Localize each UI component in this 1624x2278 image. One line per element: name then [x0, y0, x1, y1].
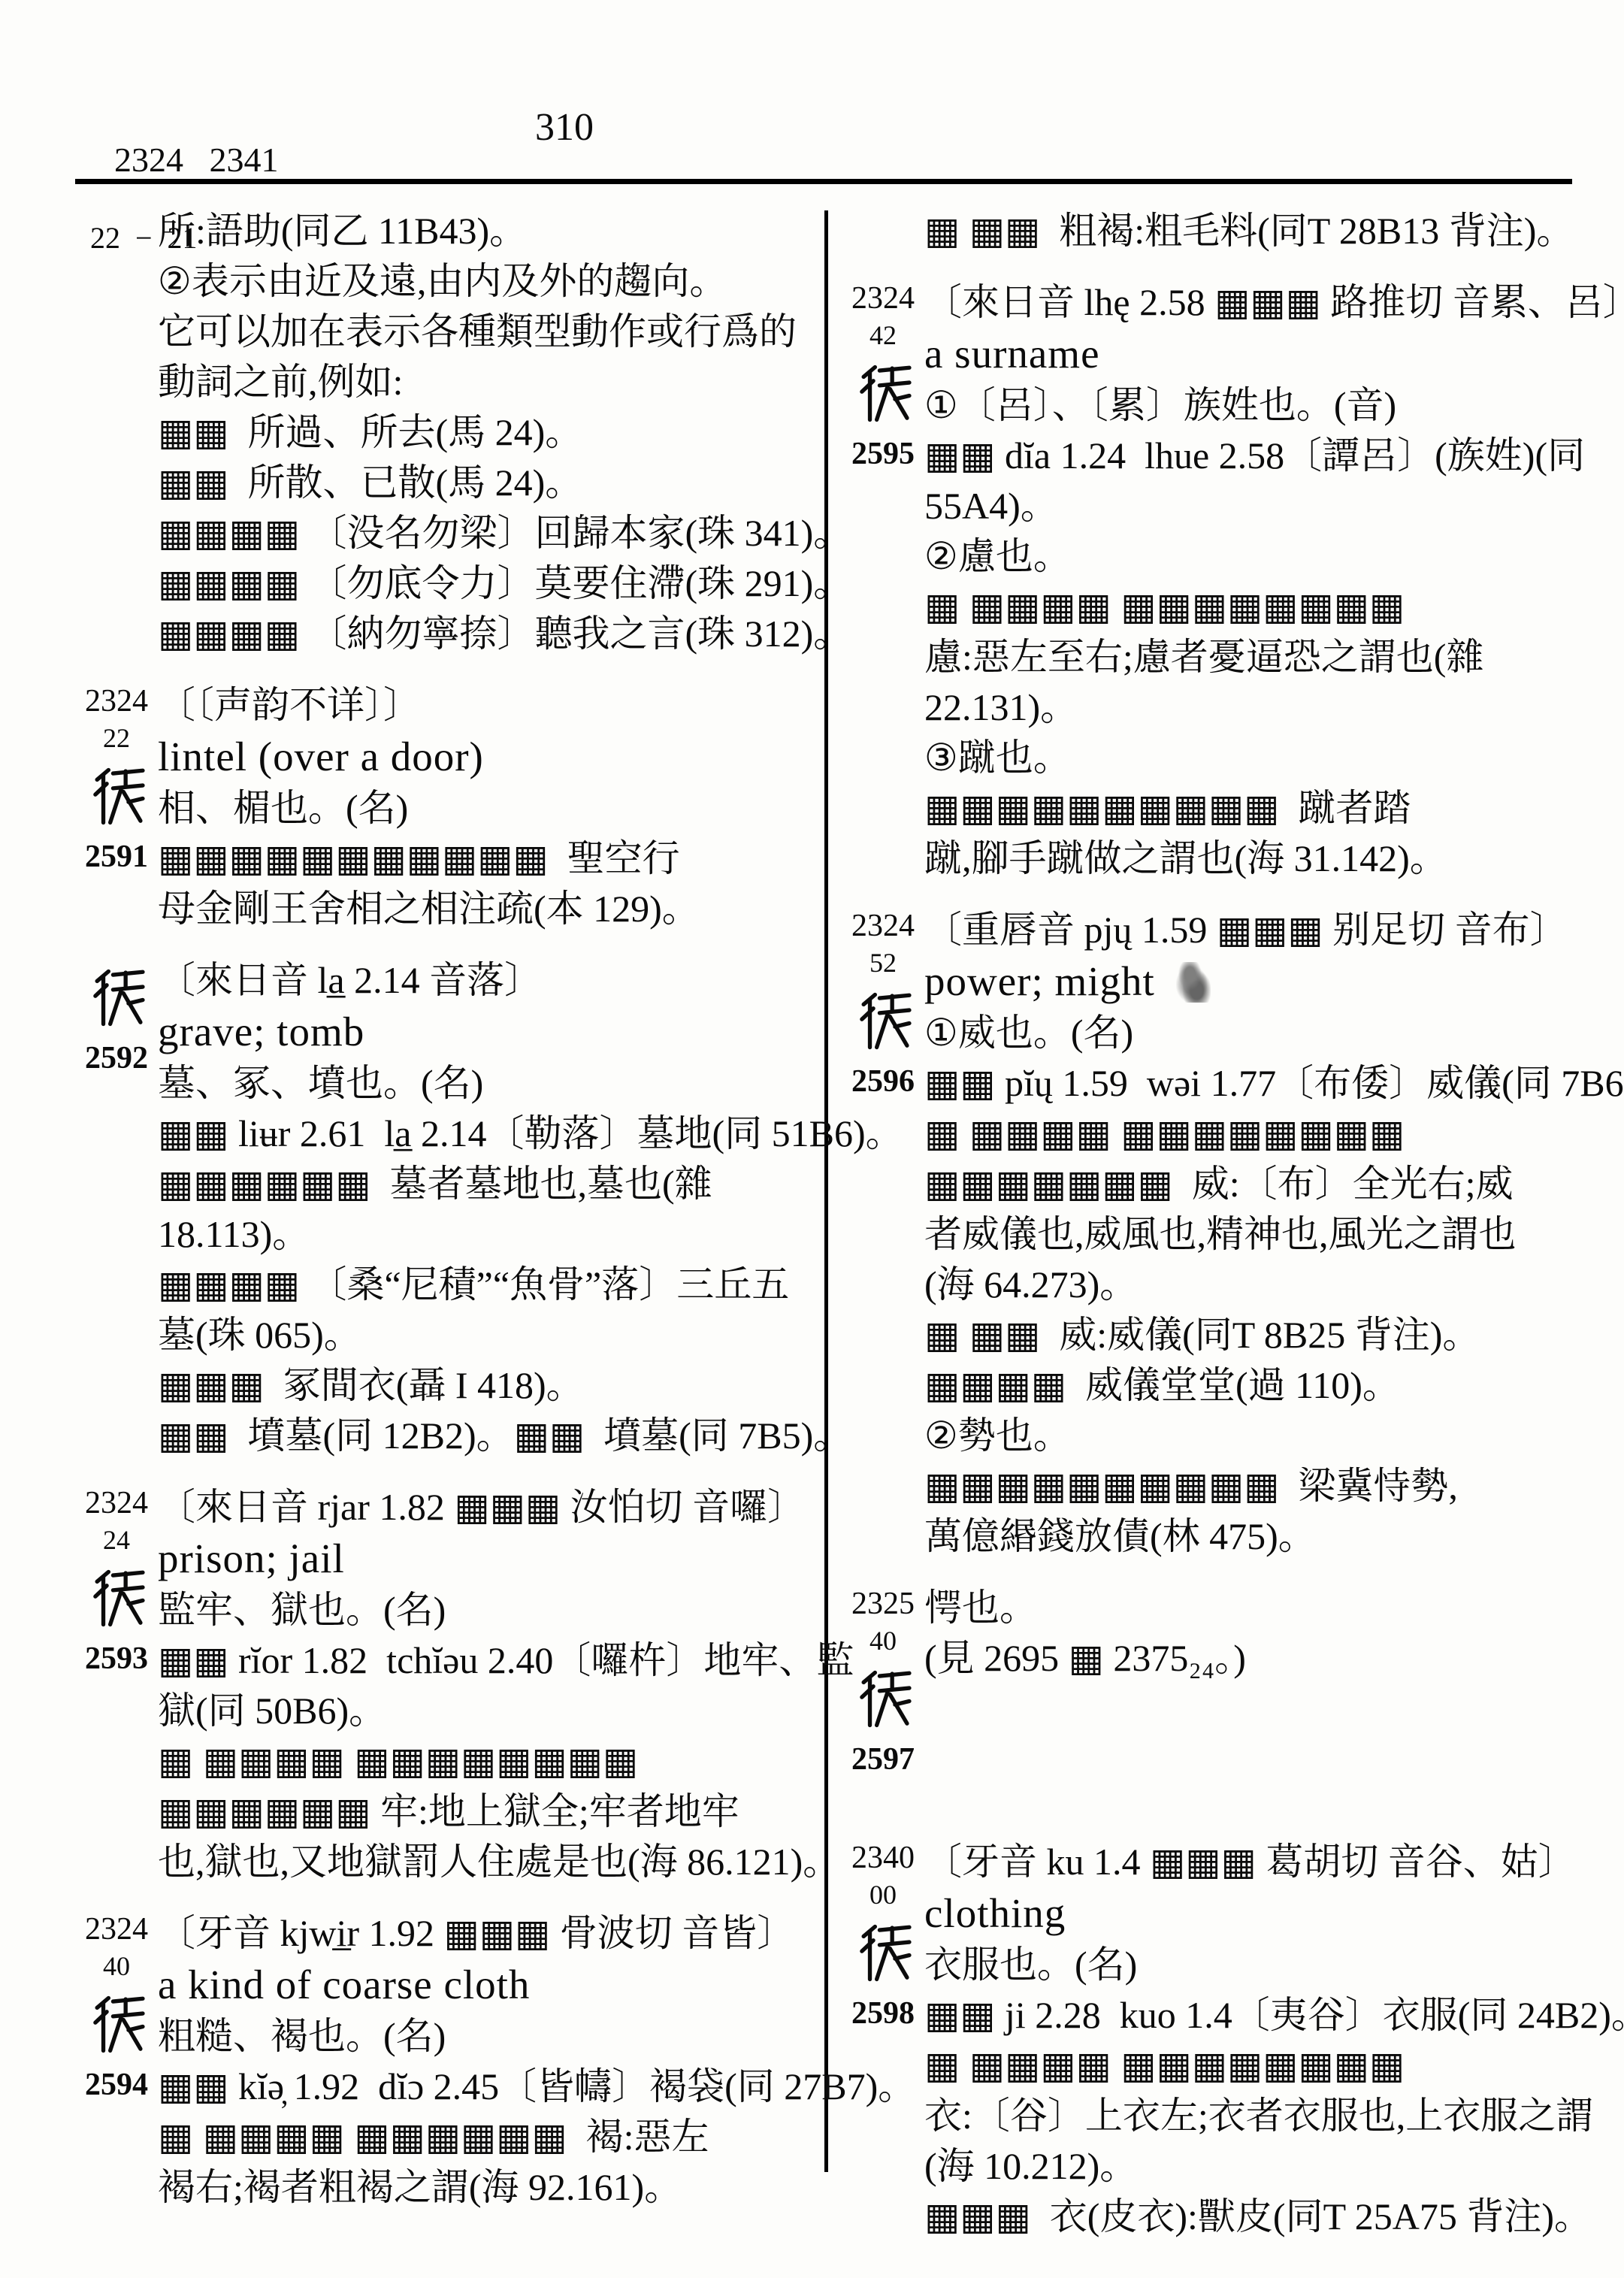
- entry-number: 2597: [842, 1741, 924, 1778]
- entry-group-code: 2324: [842, 279, 924, 318]
- entry-line: (見 2695 ▦ 2375₂₄。): [924, 1633, 1593, 1684]
- entry-margin: [842, 206, 924, 256]
- entry-margin: 2592: [75, 955, 158, 1461]
- entry-line: ▦ ▦▦▦▦ ▦▦▦▦▦▦▦▦: [158, 1736, 815, 1786]
- entry-line: ▦▦▦▦ 〔桑“尼積”“魚骨”落〕三丘五: [158, 1260, 815, 1310]
- entry-line: ▦▦ pĭų 1.59 wəi 1.77〔布倭〕威儀(同 7B6)。: [924, 1058, 1593, 1109]
- entry-line: ▦▦ 所過、所去(馬 24)。: [158, 407, 815, 458]
- header-range-top: 2324 2341: [114, 141, 279, 179]
- english-gloss-line: clothing: [924, 1887, 1593, 1940]
- tangut-headword-glyph: [88, 764, 145, 830]
- page-number: 310: [535, 105, 594, 150]
- entry-line: 愕也。: [924, 1583, 1593, 1633]
- gloss-text: power; might: [924, 958, 1155, 1004]
- entry-line: ①〔呂〕、〔累〕族姓也。(音): [924, 380, 1593, 431]
- entry-2593: 2324 24 2593 〔來日音 rjar 1.82 ▦▦▦ 汝怕切 音囉〕 …: [75, 1482, 815, 1887]
- entry-line: ▦ ▦▦ 威:威儀(同T 8B25 背注)。: [924, 1310, 1593, 1360]
- entry-line: 〔〔声韵不详〕〕: [158, 680, 815, 731]
- dictionary-page: 2324 2341 22 − 21 310 所:語助(同乙 11B43)。 ②表…: [0, 0, 1624, 2278]
- entry-sub-code: 42: [842, 318, 924, 352]
- entry-line: 相、楣也。(名): [158, 783, 815, 833]
- entry-line: 也,獄也,又地獄罰人住處是也(海 86.121)。: [158, 1837, 815, 1887]
- entry-line: ▦▦▦▦ 〔勿底令力〕莫要住滯(珠 291)。: [158, 558, 815, 609]
- english-gloss-line: a surname: [924, 328, 1593, 380]
- continuation-block: ▦ ▦▦ 粗褐:粗毛料(同T 28B13 背注)。: [842, 206, 1593, 256]
- entry-2591: 2324 22 2591 〔〔声韵不详〕〕 lintel (over a doo…: [75, 680, 815, 934]
- entry-line: ▦▦ 墳墓(同 12B2)。▦▦ 墳墓(同 7B5)。: [158, 1411, 815, 1461]
- entry-line: 〔牙音 ku 1.4 ▦▦▦ 葛胡切 音谷、姑〕: [924, 1837, 1593, 1887]
- entry-margin: 2325 40 2597: [842, 1583, 924, 1816]
- entry-line: 者威儀也,威風也,精神也,風光之謂也: [924, 1209, 1593, 1260]
- entry-line: ▦▦▦ 冢間衣(聶 I 418)。: [158, 1360, 815, 1411]
- entry-2592: 2592 〔來日音 la̲ 2.14 音落〕 grave; tomb 墓、冢、墳…: [75, 955, 815, 1461]
- entry-line: ▦▦ ji 2.28 kuo 1.4〔夷谷〕衣服(同 24B2)。: [924, 1990, 1593, 2041]
- entry-sub-code: 40: [75, 1949, 158, 1983]
- entry-line: ②表示由近及遠,由内及外的趨向。: [158, 256, 815, 307]
- entry-sub-code: 22: [75, 721, 158, 755]
- entry-group-code: 2324: [75, 1484, 158, 1523]
- entry-line: ▦▦ liʉr 2.61 la̲ 2.14〔勒落〕墓地(同 51B6)。: [158, 1109, 815, 1159]
- entry-line: 衣:〔谷〕上衣左;衣者衣服也,上衣服之謂: [924, 2091, 1593, 2141]
- entry-line: ▦▦▦▦▦▦ 墓者墓地也,墓也(雜: [158, 1159, 815, 1209]
- entry-number: 2598: [842, 1995, 924, 2032]
- entry-line: ▦ ▦▦▦▦ ▦▦▦▦▦▦▦▦: [924, 2041, 1593, 2091]
- entry-line: 18.113)。: [158, 1209, 815, 1260]
- entry-line: 母金剛王舍相之相注疏(本 129)。: [158, 884, 815, 934]
- entry-line: ▦▦ rĭor 1.82 tchĭəu 2.40〔囉杵〕地牢、監: [158, 1635, 815, 1686]
- entry-line: ②慮也。: [924, 531, 1593, 582]
- entry-sub-code: 52: [842, 945, 924, 980]
- entry-2595: 2324 42 2595 〔來日音 lhę 2.58 ▦▦▦ 路推切 音累、呂〕…: [842, 277, 1593, 884]
- entry-margin: 2324 40 2594: [75, 1908, 158, 2213]
- entry-2597: 2325 40 2597 愕也。 (見 2695 ▦ 2375₂₄。): [842, 1583, 1593, 1816]
- entry-group-code: 2324: [75, 1910, 158, 1949]
- entry-group-code: 2325: [842, 1584, 924, 1623]
- entry-margin: 2340 00 2598: [842, 1837, 924, 2242]
- entry-sub-code: 40: [842, 1623, 924, 1658]
- entry-margin: [75, 206, 158, 659]
- entry-line: 55A4)。: [924, 481, 1593, 531]
- entry-sub-code: 24: [75, 1523, 158, 1557]
- entry-line: 〔來日音 la̲ 2.14 音落〕: [158, 955, 815, 1006]
- entry-line: 它可以加在表示各種類型動作或行爲的: [158, 307, 815, 357]
- entry-line: ▦▦▦▦ 〔没名勿梁〕回歸本家(珠 341)。: [158, 508, 815, 558]
- entry-margin: 2324 22 2591: [75, 680, 158, 934]
- entry-group-code: 2324: [842, 906, 924, 945]
- tangut-headword-glyph: [88, 1566, 145, 1632]
- entry-line: 22.131)。: [924, 682, 1593, 733]
- header-rule: [75, 179, 1572, 184]
- entry-line: 萬億緡錢放債(林 475)。: [924, 1511, 1593, 1562]
- entry-line: ▦▦▦▦▦▦▦▦▦▦ 梁冀恃勢,: [924, 1461, 1593, 1511]
- entry-number: 2595: [842, 435, 924, 473]
- entry-line: 褐右;褐者粗褐之謂(海 92.161)。: [158, 2162, 815, 2213]
- tangut-headword-glyph: [88, 1992, 145, 2059]
- entry-line: 慮:惡左至右;慮者憂逼恐之謂也(雜: [924, 632, 1593, 682]
- entry-line: 衣服也。(名): [924, 1940, 1593, 1990]
- entry-line: 監牢、獄也。(名): [158, 1585, 815, 1635]
- tangut-headword-glyph: [854, 1921, 912, 1987]
- entry-line: ①威也。(名): [924, 1008, 1593, 1058]
- entry-margin: 2324 24 2593: [75, 1482, 158, 1887]
- entry-line: ▦ ▦▦▦▦ ▦▦▦▦▦▦ 褐:惡左: [158, 2112, 815, 2162]
- entry-line: ▦▦▦▦▦▦ 牢:地上獄全;牢者地牢: [158, 1786, 815, 1837]
- english-gloss-line: a kind of coarse cloth: [158, 1959, 815, 2011]
- entry-line: ▦ ▦▦ 粗褐:粗毛料(同T 28B13 背注)。: [924, 206, 1593, 256]
- entry-2594: 2324 40 2594 〔牙音 kjwi̲r 1.92 ▦▦▦ 骨波切 音皆〕…: [75, 1908, 815, 2213]
- entry-line: ▦▦ dĭa 1.24 lhue 2.58〔譚呂〕(族姓)(同: [924, 431, 1593, 481]
- entry-line: 動詞之前,例如:: [158, 357, 815, 407]
- entry-line: 墓、冢、墳也。(名): [158, 1058, 815, 1109]
- entry-line: ▦▦▦▦▦▦▦▦▦▦▦ 聖空行: [158, 833, 815, 884]
- english-gloss-line: prison; jail: [158, 1532, 815, 1585]
- entry-number: 2593: [75, 1640, 158, 1677]
- right-column: ▦ ▦▦ 粗褐:粗毛料(同T 28B13 背注)。 2324 42 2595 〔…: [842, 206, 1593, 2263]
- entry-line: ▦▦ 所散、已散(馬 24)。: [158, 458, 815, 508]
- continuation-block: 所:語助(同乙 11B43)。 ②表示由近及遠,由内及外的趨向。 它可以加在表示…: [75, 206, 815, 659]
- english-gloss-line: grave; tomb: [158, 1006, 815, 1058]
- entry-line: 〔來日音 lhę 2.58 ▦▦▦ 路推切 音累、呂〕: [924, 277, 1593, 328]
- entry-line: ▦▦ kĭə̦ 1.92 dĭɔ 2.45〔皆幬〕褐袋(同 27B7)。: [158, 2062, 815, 2112]
- tangut-headword-glyph: [854, 362, 912, 428]
- entry-line: ▦ ▦▦▦▦ ▦▦▦▦▦▦▦▦: [924, 582, 1593, 632]
- ink-smudge-artifact: [1176, 962, 1211, 1003]
- tangut-headword-glyph: [854, 1667, 912, 1733]
- entry-line: ③蹴也。: [924, 733, 1593, 783]
- entry-margin: 2324 52 2596: [842, 905, 924, 1562]
- entry-number: 2596: [842, 1063, 924, 1100]
- entry-number: 2594: [75, 2066, 158, 2104]
- entry-line: 墓(珠 065)。: [158, 1310, 815, 1360]
- entry-number: 2591: [75, 838, 158, 876]
- entry-margin: 2324 42 2595: [842, 277, 924, 884]
- entry-line: 獄(同 50B6)。: [158, 1686, 815, 1736]
- entry-line: ▦▦▦▦ 〔納勿寧捺〕聽我之言(珠 312)。: [158, 609, 815, 659]
- entry-line: 〔牙音 kjwi̲r 1.92 ▦▦▦ 骨波切 音皆〕: [158, 1908, 815, 1959]
- entry-line: (海 64.273)。: [924, 1260, 1593, 1310]
- entry-line: (海 10.212)。: [924, 2141, 1593, 2192]
- tangut-headword-glyph: [854, 989, 912, 1055]
- entry-group-code: 2324: [75, 682, 158, 721]
- entry-line: ▦▦▦▦▦▦▦▦▦▦ 蹴者踏: [924, 783, 1593, 833]
- english-gloss-line: power; might: [924, 955, 1593, 1008]
- entry-line: ▦▦▦▦▦▦▦ 威:〔布〕全光右;威: [924, 1159, 1593, 1209]
- entry-line: 〔來日音 rjar 1.82 ▦▦▦ 汝怕切 音囉〕: [158, 1482, 815, 1532]
- entry-sub-code: 00: [842, 1877, 924, 1912]
- entry-group-code: 2340: [842, 1838, 924, 1877]
- entry-line: 蹴,腳手蹴做之謂也(海 31.142)。: [924, 833, 1593, 884]
- tangut-headword-glyph: [88, 966, 145, 1032]
- entry-line: ②勢也。: [924, 1411, 1593, 1461]
- english-gloss-line: lintel (over a door): [158, 731, 815, 783]
- entry-line: 所:語助(同乙 11B43)。: [158, 206, 815, 256]
- left-column: 所:語助(同乙 11B43)。 ②表示由近及遠,由内及外的趨向。 它可以加在表示…: [75, 206, 815, 2234]
- entry-line: ▦▦▦▦ 威儀堂堂(過 110)。: [924, 1360, 1593, 1411]
- entry-line: 〔重唇音 pjų 1.59 ▦▦▦ 别足切 音布〕: [924, 905, 1593, 955]
- entry-line: ▦▦▦ 衣(皮衣):獸皮(同T 25A75 背注)。: [924, 2192, 1593, 2242]
- entry-line: ▦ ▦▦▦▦ ▦▦▦▦▦▦▦▦: [924, 1109, 1593, 1159]
- entry-2598: 2340 00 2598 〔牙音 ku 1.4 ▦▦▦ 葛胡切 音谷、姑〕 cl…: [842, 1837, 1593, 2242]
- entry-number: 2592: [75, 1039, 158, 1077]
- entry-line: 粗糙、褐也。(名): [158, 2011, 815, 2062]
- entry-2596: 2324 52 2596 〔重唇音 pjų 1.59 ▦▦▦ 别足切 音布〕 p…: [842, 905, 1593, 1562]
